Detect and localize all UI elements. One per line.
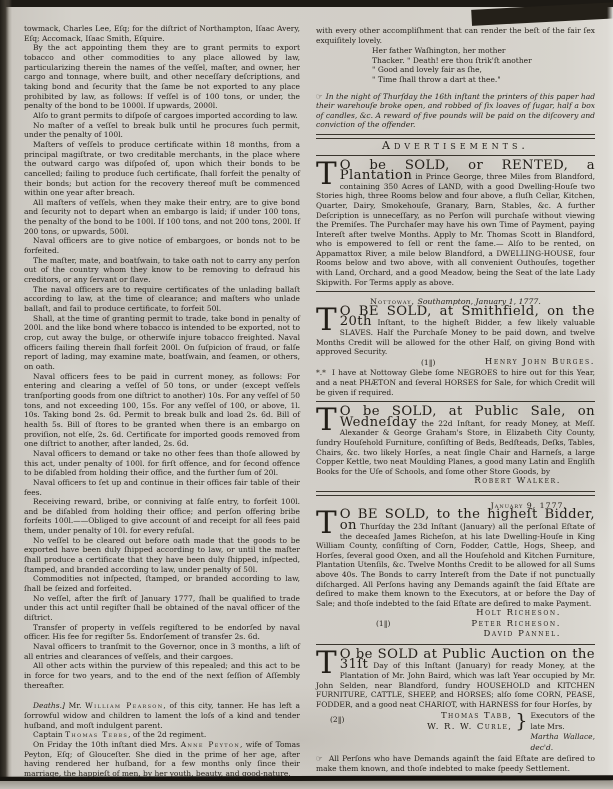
body-paragraph: All maſters of veſſels, when they make t…	[24, 198, 300, 237]
footnote-text: All Perſons who have Demands againſt the…	[316, 754, 595, 773]
body-paragraph: Naval officers to demand or take no othe…	[24, 449, 300, 478]
body-paragraph: Shall, at the time of granting permit to…	[24, 314, 300, 372]
deceased-name: Thomas Tebbs	[65, 730, 128, 739]
notice-text: In the night of Thurſday the 16th inſtan…	[316, 92, 595, 130]
death-entry: Deaths.] Mr. William Pearson, of this ci…	[24, 701, 300, 730]
body-paragraph: towmack, Charles Lee, Eſq; for the diſtr…	[24, 24, 300, 43]
ad-plantation-sale: TO be SOLD, or RENTED, a Plantation in P…	[316, 161, 595, 288]
body-paragraph: Receiving reward, bribe, or conniving at…	[24, 497, 300, 536]
death-entry-text: , of the 2d regiment.	[128, 730, 206, 739]
ad-public-auction-baird: TO be SOLD at Public Auction on the 31ſt…	[316, 650, 595, 774]
body-paragraph: Naval officers to tranſmit to the Govern…	[24, 642, 300, 661]
ad-smithfield-sale: Nottoway, Southampton, January 1, 1777. …	[316, 297, 595, 397]
executor-notes: Executors of the late Mrs. Martha Wallac…	[530, 711, 595, 753]
body-paragraph: Naval officers to ſet up and continue in…	[24, 478, 300, 497]
body-paragraph: No maſter of a veſſel to break bulk unti…	[24, 121, 300, 140]
body-paragraph: Maſters of veſſels to produce certificat…	[24, 140, 300, 198]
death-entry: Captain Thomas Tebbs, of the 2d regiment…	[24, 730, 300, 740]
body-paragraph: By the act appointing them they are to g…	[24, 43, 300, 111]
drop-cap: T	[316, 308, 337, 332]
executor-signature: Peter Richeson.	[316, 619, 561, 630]
left-column: towmack, Charles Lee, Eſq; for the diſtr…	[24, 24, 300, 779]
deceased-name: Anne Peyton	[181, 740, 240, 749]
newspaper-page-scan: towmack, Charles Lee, Eſq; for the diſtr…	[0, 0, 613, 789]
deceased-name: William Pearson	[85, 701, 163, 710]
executor-note: Executors of the late Mrs.	[530, 711, 595, 732]
executor-signature: Holt Richeson.	[316, 608, 561, 619]
poem-line: Thacker. " Death! ere thou ſtrik'ſt anot…	[372, 56, 595, 66]
insertion-mark: (1‖)	[376, 619, 390, 629]
ad-footnote: ☞ All Perſons who have Demands againſt t…	[316, 754, 595, 773]
body-paragraph: Transfer of property in veſſels regiſter…	[24, 623, 300, 642]
insertion-mark: (2‖)	[330, 715, 344, 725]
ad-body: in Prince George, three Miles from Bland…	[316, 172, 595, 287]
drop-cap: T	[316, 511, 337, 535]
death-entry: On Friday the 10th inſtant died Mrs. Ann…	[24, 740, 300, 779]
scan-edge-left	[0, 0, 12, 789]
poem-line: " Time ſhall throw a dart at thee."	[372, 75, 595, 85]
advertiser-signature: Robert Walker.	[316, 476, 561, 487]
executor-note: Martha Wallace, dec'd.	[530, 732, 595, 753]
body-paragraph: No veſſel, after the firſt of January 17…	[24, 594, 300, 623]
pointing-hand-icon: ☞	[316, 92, 323, 101]
ad-signature-block: (1‖) Holt Richeson. Peter Richeson. Davi…	[316, 608, 595, 640]
executor-signature: David Pannel.	[316, 629, 561, 640]
poem-line: " Good and lovely fair as ſhe,	[372, 65, 595, 75]
scan-edge-bottom	[0, 781, 613, 789]
scan-edge-right	[607, 7, 613, 777]
ad-divider-rule	[316, 644, 595, 645]
body-paragraph: Naval officers are to give notice of emb…	[24, 236, 300, 255]
ad-signature-row: (1‖) Henry John Burges.	[316, 358, 595, 368]
executor-signature: Thomas Tabb,	[362, 711, 512, 722]
printers-robbery-notice: ☞In the night of Thurſday the 16th inſta…	[316, 92, 595, 130]
deaths-section: Deaths.] Mr. William Pearson, of this ci…	[24, 701, 300, 778]
body-paragraph: Commodities not inſpected, ſtamped, or b…	[24, 574, 300, 593]
scan-edge-top	[0, 0, 613, 7]
body-paragraph: All other acts within the purview of thi…	[24, 661, 300, 690]
ad-signature-block: Robert Walker.	[316, 476, 595, 487]
brace-glyph: }	[515, 711, 527, 731]
drop-cap: T	[316, 651, 337, 675]
body-paragraph: The naval officers are to require certif…	[24, 285, 300, 314]
drop-cap: T	[316, 408, 337, 432]
body-paragraph: Naval officers fees to be paid in curren…	[24, 372, 300, 449]
drop-cap: T	[316, 162, 337, 186]
intro-paragraph: with every other accompliſhment that can…	[316, 26, 595, 45]
section-rule	[316, 155, 595, 156]
advertiser-signature: Henry John Burges.	[485, 358, 595, 368]
asterism-mark: *.*	[316, 368, 326, 377]
ad-divider-rule	[316, 401, 595, 402]
death-entry-lead: On Friday the 10th inſtant died Mrs.	[33, 740, 181, 749]
body-paragraph: Alſo to grant permits to diſpoſe of carg…	[24, 111, 300, 121]
ad-public-sale-walker: TO be SOLD, at Public Sale, on Wedneſday…	[316, 407, 595, 487]
postscript-text: I have at Nottoway Glebe ſome NEGROES to…	[316, 368, 595, 396]
ad-divider-rule	[316, 291, 595, 292]
ad-divider-double-rule	[316, 491, 595, 496]
ad-body: Thurſday the 23d Inſtant (January) all t…	[316, 522, 595, 608]
deaths-label: Deaths.]	[33, 701, 69, 710]
death-entry-lead: Captain	[33, 730, 65, 739]
ad-richeson-estate: January 9, 1777. TO BE SOLD, to the high…	[316, 501, 595, 640]
poem-line: Her father Waſhington, her mother	[372, 46, 595, 56]
executor-signature: W. R. W. Curle,	[362, 722, 512, 733]
executor-names: Thomas Tabb, W. R. W. Curle,	[362, 711, 512, 732]
pointing-hand-icon: ☞	[316, 754, 323, 763]
ad-postscript: *.* I have at Nottoway Glebe ſome NEGROE…	[316, 368, 595, 397]
memorial-poem: Her father Waſhington, her mother Thacke…	[372, 46, 595, 84]
right-column: with every other accompliſhment that can…	[316, 26, 595, 774]
body-paragraph: The maſter, mate, and boatſwain, to take…	[24, 256, 300, 285]
insertion-mark: (1‖)	[421, 358, 435, 368]
advertisements-header: Advertisements.	[316, 141, 595, 151]
body-paragraph: No veſſel to be cleared out before oath …	[24, 536, 300, 575]
death-entry-lead: Mr.	[69, 701, 86, 710]
executors-row: (2‖) Thomas Tabb, W. R. W. Curle, } Exec…	[316, 711, 595, 753]
